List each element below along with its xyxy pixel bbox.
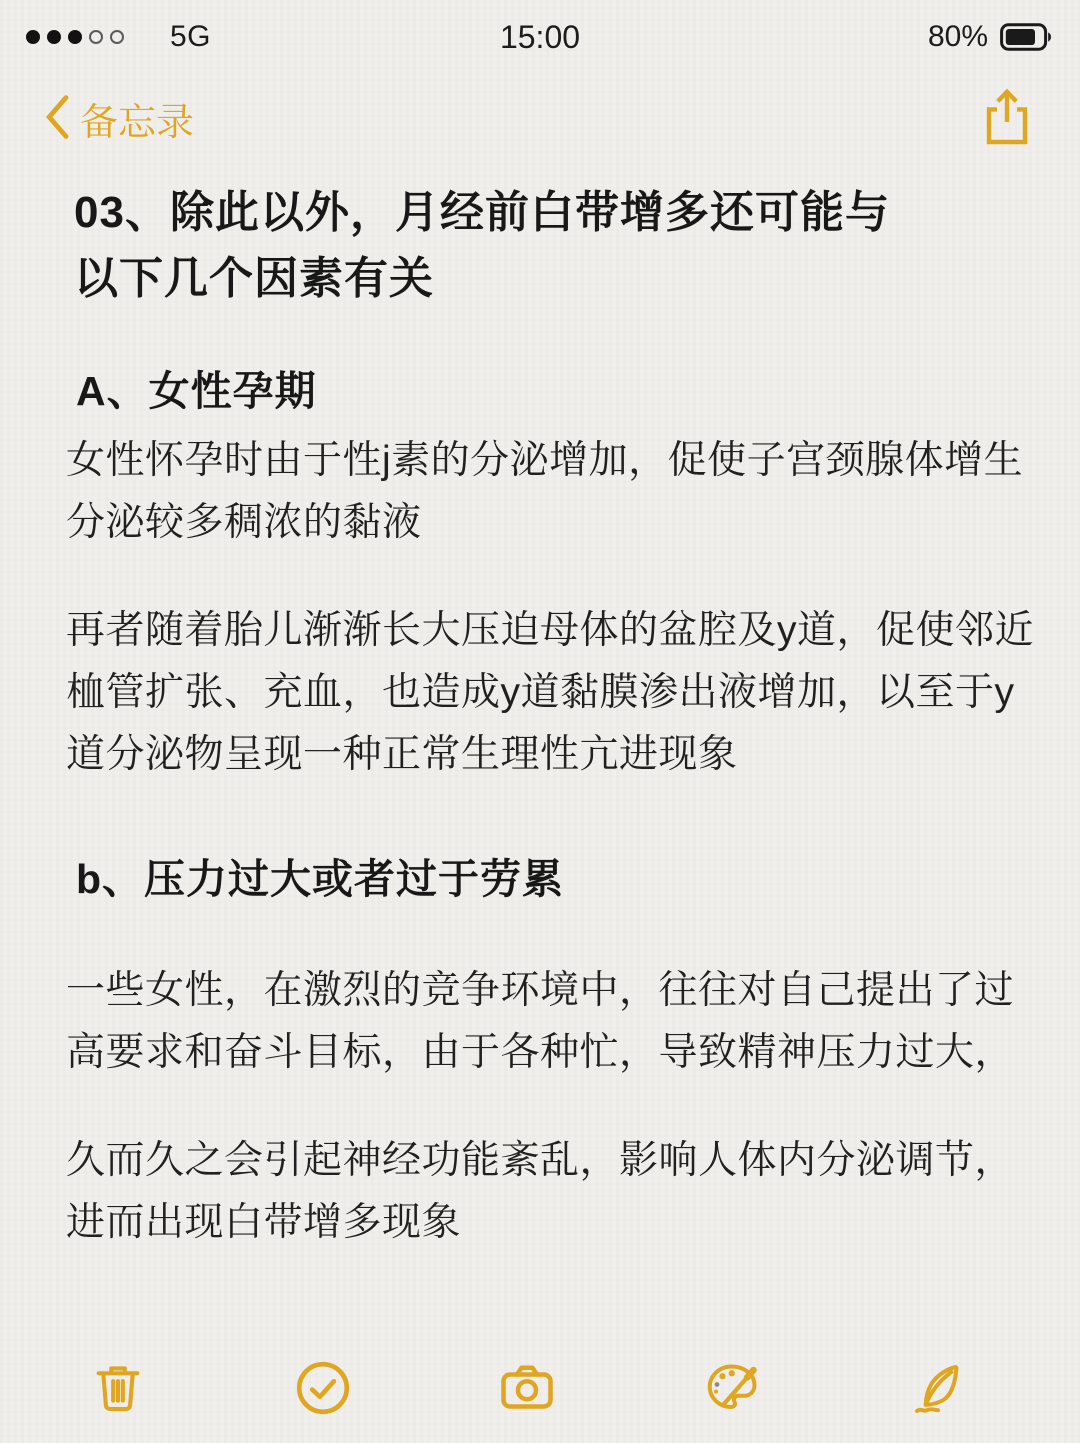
camera-button[interactable]	[498, 1359, 556, 1417]
signal-dot	[89, 30, 103, 44]
status-bar-right: 80%	[704, 20, 1054, 54]
markup-button[interactable]	[703, 1359, 761, 1417]
back-button-label: 备忘录	[80, 89, 194, 146]
note-body[interactable]: 03、除此以外，月经前白带增多还可能与 以下几个因素有关 A、女性孕期 女性怀孕…	[66, 172, 1050, 1254]
battery-icon	[1000, 23, 1054, 51]
section-heading-b: b、压力过大或者过于劳累	[76, 850, 1050, 908]
back-button[interactable]: 备忘录	[44, 89, 194, 146]
status-bar-left: 5G	[26, 20, 376, 54]
cellular-signal-icon	[26, 30, 124, 44]
network-type-label: 5G	[170, 20, 211, 54]
note-paragraph: 女性怀孕时由于性j素的分泌增加，促使子宫颈腺体增生 分泌较多稠浓的黏液	[66, 430, 1050, 554]
signal-dot	[47, 30, 61, 44]
note-title: 03、除此以外，月经前白带增多还可能与 以下几个因素有关	[74, 180, 1050, 312]
quill-icon	[906, 1358, 966, 1418]
nav-bar: 备忘录	[0, 86, 1080, 148]
check-circle-icon	[292, 1357, 354, 1419]
status-bar: 5G 15:00 80%	[0, 14, 1080, 60]
signal-dot	[110, 30, 124, 44]
note-paragraph: 久而久之会引起神经功能紊乱，影响人体内分泌调节， 进而出现白带增多现象	[66, 1130, 1050, 1254]
share-icon	[981, 87, 1033, 147]
note-paragraph: 一些女性，在激烈的竞争环境中，往往对自己提出了过 高要求和奋斗目标，由于各种忙，…	[66, 960, 1050, 1084]
section-heading-a: A、女性孕期	[76, 362, 1050, 420]
checklist-button[interactable]	[294, 1359, 352, 1417]
bottom-toolbar	[0, 1350, 1080, 1426]
chevron-left-icon	[44, 94, 70, 140]
signal-dot	[26, 30, 40, 44]
share-button[interactable]	[978, 88, 1036, 146]
signal-dot	[68, 30, 82, 44]
clock-label: 15:00	[376, 19, 704, 56]
delete-note-button[interactable]	[89, 1359, 147, 1417]
trash-icon	[89, 1359, 147, 1417]
note-paragraph: 再者随着胎儿渐渐长大压迫母体的盆腔及y道，促使邻近 桖管扩张、充血，也造成y道黏…	[66, 600, 1050, 786]
camera-icon	[497, 1358, 557, 1418]
battery-percent-label: 80%	[928, 20, 988, 54]
palette-icon	[702, 1358, 762, 1418]
compose-button[interactable]	[907, 1359, 965, 1417]
